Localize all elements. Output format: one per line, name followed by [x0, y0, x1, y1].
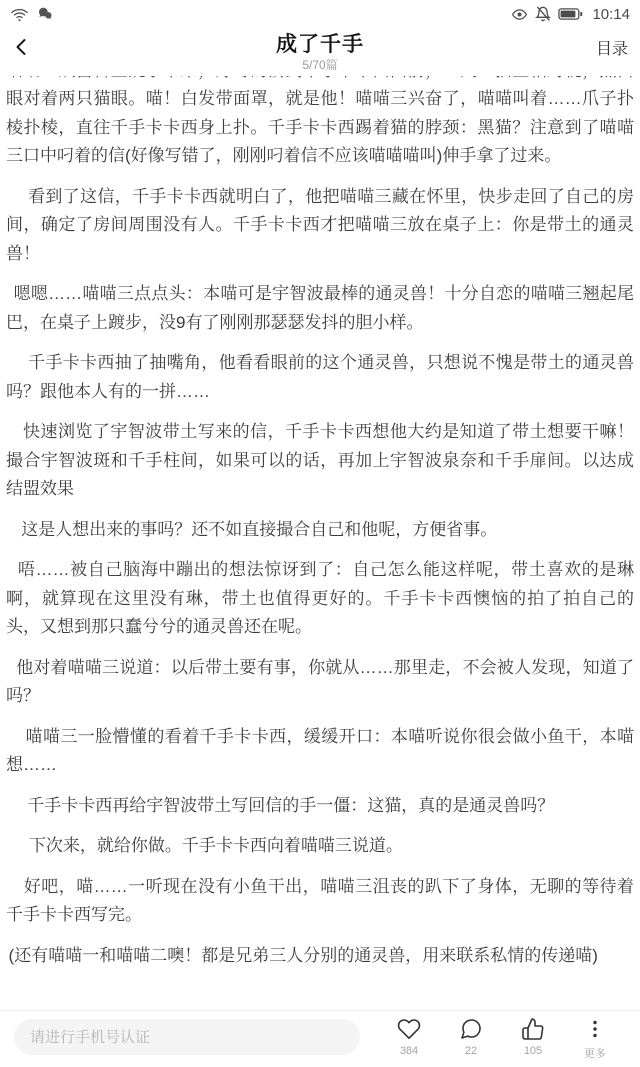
comments-button[interactable]: 22	[440, 1014, 502, 1057]
like-count: 384	[400, 1045, 418, 1057]
comment-input[interactable]	[14, 1019, 360, 1055]
more-label: 更多	[584, 1045, 606, 1061]
more-button[interactable]: 更多	[564, 1014, 626, 1061]
paragraph-list: 眼对着两只猫眼。喵！白发带面罩，就是他！喵喵三兴奋了，喵喵叫着……爪子扑棱扑棱，…	[6, 85, 634, 970]
thumbs-up-count: 105	[524, 1045, 542, 1057]
wifi-icon	[10, 6, 29, 23]
paragraph: 下次来，就给你做。千手卡卡西向着喵喵三说道。	[6, 832, 634, 861]
status-time: 10:14	[592, 6, 630, 23]
status-bar: 10:14	[0, 0, 640, 26]
heart-icon	[397, 1016, 421, 1042]
like-button[interactable]: 384	[378, 1014, 440, 1057]
paragraph: (还有喵喵一和喵喵二噢！都是兄弟三人分别的通灵兽，用来联系私情的传递喵)	[6, 942, 634, 971]
chapter-text[interactable]: 喵喵三从窗台上跳了下来，好奇的凑到千手卡卡西面前，一人一猫互相对视，黑白双 眼对…	[0, 76, 640, 1010]
paragraph: 千手卡卡西抽了抽嘴角，他看看眼前的这个通灵兽，只想说不愧是带土的通灵兽吗？跟他本…	[6, 349, 634, 406]
more-icon	[583, 1016, 607, 1042]
paragraph: 喵喵三一脸懵懂的看着千手卡卡西，缓缓开口：本喵听说你很会做小鱼干，本喵想……	[6, 723, 634, 780]
thumbs-up-icon	[521, 1016, 545, 1042]
paragraph: 好吧，喵……一听现在没有小鱼干出，喵喵三沮丧的趴下了身体，无聊的等待着千手卡卡西…	[6, 873, 634, 930]
paragraph: 快速浏览了宇智波带土写来的信，千手卡卡西想他大约是知道了带土想要干嘛！撮合宇智波…	[6, 418, 634, 504]
paragraph: 嗯嗯……喵喵三点点头：本喵可是宇智波最棒的通灵兽！十分自恋的喵喵三翘起尾巴，在桌…	[6, 280, 634, 337]
paragraph: 千手卡卡西再给宇智波带土写回信的手一僵：这猫，真的是通灵兽吗？	[6, 792, 634, 821]
paragraph: 他对着喵喵三说道：以后带土要有事，你就从……那里走，不会被人发现，知道了吗？	[6, 654, 634, 711]
paragraph: 唔……被自己脑海中蹦出的想法惊讶到了：自己怎么能这样呢，带土喜欢的是琳啊，就算现…	[6, 556, 634, 642]
paragraph: 看到了这信，千手卡卡西就明白了，他把喵喵三藏在怀里，快步走回了自己的房间，确定了…	[6, 183, 634, 269]
action-buttons: 384 22 105 更多	[378, 1014, 626, 1061]
battery-icon	[558, 7, 583, 21]
paragraph: 眼对着两只猫眼。喵！白发带面罩，就是他！喵喵三兴奋了，喵喵叫着……爪子扑棱扑棱，…	[6, 85, 634, 171]
reader-header: 成了千手 5/70篇 目录	[0, 26, 640, 76]
table-of-contents-button[interactable]: 目录	[596, 36, 628, 59]
chapter-title: 成了千手	[0, 28, 640, 58]
comment-count: 22	[465, 1045, 477, 1057]
chapter-progress: 5/70篇	[0, 56, 640, 73]
chat-bubbles-icon	[36, 6, 54, 22]
thumbs-up-button[interactable]: 105	[502, 1014, 564, 1057]
paragraph: 这是人想出来的事吗？还不如直接撮合自己和他呢，方便省事。	[6, 516, 634, 545]
comment-icon	[459, 1016, 483, 1042]
eye-comfort-icon	[511, 7, 528, 22]
bell-muted-icon	[535, 6, 551, 22]
clipped-text-line: 喵喵三从窗台上跳了下来，好奇的凑到千手卡卡西面前，一人一猫互相对视，黑白双	[6, 76, 634, 85]
bottom-toolbar: 384 22 105 更多	[0, 1010, 640, 1067]
